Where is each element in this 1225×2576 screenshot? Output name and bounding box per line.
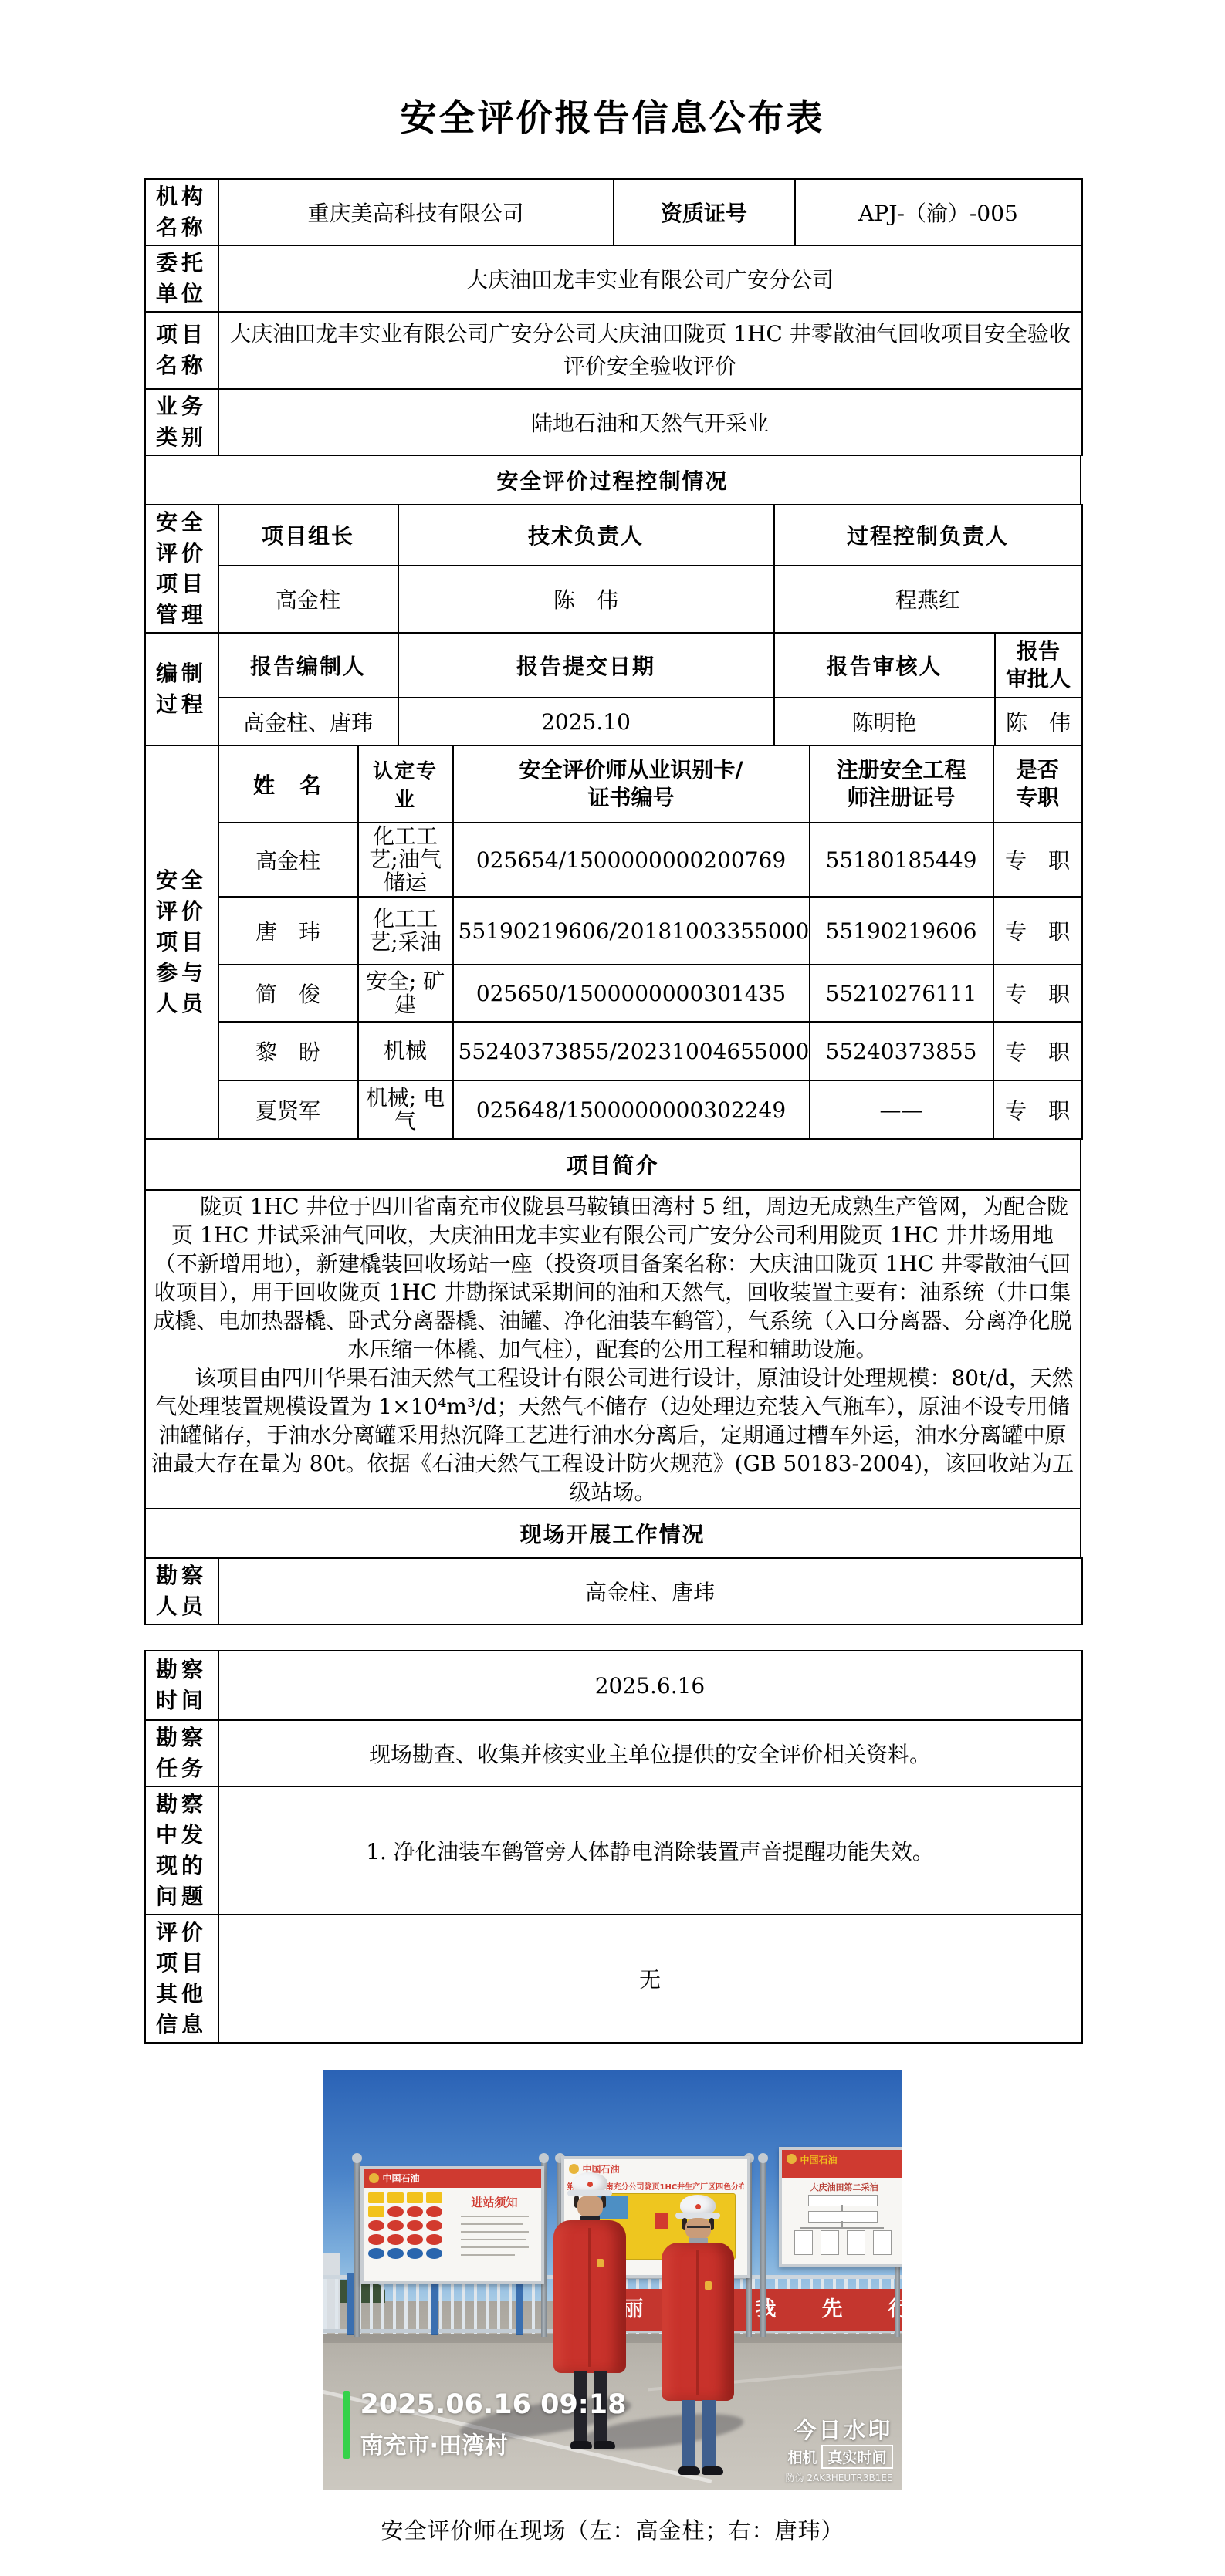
survey-task-value: 现场勘查、收集并核实业主单位提供的安全评价相关资料。 — [218, 1720, 1082, 1787]
participant-reg: 55180185449 — [810, 823, 993, 897]
site-photo: 丽 国 我 先 行 中国石油 进站须知 — [323, 2070, 902, 2490]
prohibition-sign-icon — [387, 2234, 404, 2245]
helmet-logo-icon — [695, 2204, 701, 2209]
table-row: 勘察任务 现场勘查、收集并核实业主单位提供的安全评价相关资料。 — [145, 1720, 1082, 1787]
flowchart-box — [821, 2230, 839, 2255]
process-control-header-table: 安全评价过程控制情况 — [144, 455, 1081, 505]
cert-no-value: APJ-（渝）-005 — [795, 179, 1082, 245]
warning-sign-icon — [368, 2206, 384, 2217]
post-cap — [758, 2153, 768, 2163]
reviewer-header: 报告审核人 — [774, 633, 995, 698]
control-value: 程燕红 — [774, 566, 1082, 633]
survey-issues-value: 1. 净化油装车鹤管旁人体静电消除装置声音提醒功能失效。 — [218, 1787, 1082, 1915]
participant-reg: 55240373855 — [810, 1022, 993, 1080]
participant-name: 唐 玮 — [218, 897, 358, 965]
table-row: 高金柱 陈 伟 程燕红 — [145, 566, 1082, 633]
participant-major: 机械 — [358, 1022, 453, 1080]
tech-header: 技术负责人 — [398, 505, 774, 566]
survey-issues-label: 勘察中发现的问题 — [145, 1787, 218, 1915]
table-row: 勘察人员 高金柱、唐玮 — [145, 1558, 1082, 1624]
text-line — [461, 2246, 529, 2248]
board-header: 中国石油 — [782, 2150, 902, 2178]
helmet-logo-icon — [587, 2182, 593, 2187]
submit-date-header: 报告提交日期 — [398, 633, 774, 698]
participant-reg: 55210276111 — [810, 965, 993, 1022]
participant-fulltime: 专 职 — [993, 897, 1082, 965]
watermark-bar — [343, 2391, 350, 2459]
photo-caption: 安全评价师在现场（左：高金柱；右：唐玮） — [0, 2513, 1225, 2545]
page-title: 安全评价报告信息公布表 — [0, 90, 1225, 141]
mandatory-sign-icon — [368, 2248, 384, 2259]
mandatory-sign-icon — [407, 2248, 423, 2259]
safety-signs-board: 中国石油 进站须知 — [360, 2166, 544, 2284]
board-brand: 中国石油 — [800, 2153, 838, 2166]
board-brand: 中国石油 — [383, 2172, 420, 2185]
participant-fulltime: 专 职 — [993, 965, 1082, 1022]
shoe — [570, 2441, 592, 2449]
board-title: 进站须知 — [458, 2194, 532, 2210]
text-line — [461, 2216, 529, 2217]
watermark-location: 南充市·田湾村 — [360, 2426, 508, 2460]
chest-badge — [597, 2259, 604, 2267]
project-name-label: 项目名称 — [145, 312, 218, 389]
participant-fulltime: 专 职 — [993, 1022, 1082, 1080]
text-line — [461, 2231, 529, 2233]
table-row: 现场开展工作情况 — [145, 1509, 1081, 1558]
participant-row: 黎 盼 机械 55240373855/20231004655000001032 … — [145, 1022, 1082, 1080]
participant-card: 025654/1500000000200769 — [453, 823, 810, 897]
prohibition-sign-icon — [426, 2206, 442, 2217]
post-cap — [352, 2153, 362, 2163]
participant-major: 安全; 矿建 — [358, 965, 453, 1022]
intro-table: 项目简介 陇页 1HC 井位于四川省南充市仪陇县马鞍镇田湾村 5 组，周边无成熟… — [144, 1138, 1081, 1559]
project-name-value: 大庆油田龙丰实业有限公司广安分公司大庆油田陇页 1HC 井零散油气回收项目安全验… — [218, 312, 1082, 389]
table-row: 业务类别 陆地石油和天然气开采业 — [145, 389, 1082, 455]
submit-date-value: 2025.10 — [398, 698, 774, 745]
fence-post — [347, 2273, 354, 2335]
client-label: 委托单位 — [145, 245, 218, 312]
warning-sign-icon — [387, 2192, 404, 2203]
flowchart-line — [841, 2221, 843, 2227]
watermark-brand: 今日水印 — [786, 2413, 893, 2445]
flowchart-box — [808, 2211, 878, 2223]
process-control-header: 安全评价过程控制情况 — [145, 455, 1081, 505]
table-row: 项目名称 大庆油田龙丰实业有限公司广安分公司大庆油田陇页 1HC 井零散油气回收… — [145, 312, 1082, 389]
participant-row: 夏贤军 机械; 电气 025648/1500000000302249 —— 专 … — [145, 1080, 1082, 1139]
approver-value: 陈 伟 — [995, 698, 1082, 745]
intro-header: 项目简介 — [145, 1139, 1081, 1190]
prohibition-sign-icon — [368, 2220, 384, 2231]
business-type-value: 陆地石油和天然气开采业 — [218, 389, 1082, 455]
survey-staff-label: 勘察人员 — [145, 1558, 218, 1624]
text-line — [461, 2223, 523, 2225]
participants-table: 安全评价项目参与人员 姓 名 认定专业 安全评价师从业识别卡/ 证书编号 注册安… — [144, 745, 1083, 1140]
flowchart-line — [841, 2205, 843, 2211]
shoe — [678, 2466, 700, 2475]
prohibition-sign-icon — [368, 2234, 384, 2245]
compiler-value: 高金柱、唐玮 — [218, 698, 398, 745]
cert-no-label: 资质证号 — [614, 179, 795, 245]
participant-card: 025650/1500000000301435 — [453, 965, 810, 1022]
participant-major: 化工工艺;油气储运 — [358, 823, 453, 897]
participant-reg: —— — [810, 1080, 993, 1139]
table-row: 编制过程 报告编制人 报告提交日期 报告审核人 报告 审批人 — [145, 633, 1082, 698]
management-table: 安全评价项目管理 项目组长 技术负责人 过程控制负责人 高金柱 陈 伟 程燕红 … — [144, 504, 1083, 746]
text-line — [461, 2254, 515, 2256]
participant-name: 夏贤军 — [218, 1080, 358, 1139]
participant-fulltime: 专 职 — [993, 1080, 1082, 1139]
prohibition-sign-icon — [407, 2234, 423, 2245]
org-name-value: 重庆美高科技有限公司 — [218, 179, 614, 245]
post-cap — [539, 2153, 549, 2163]
safety-sign-grid — [368, 2192, 455, 2270]
flowchart-box — [794, 2230, 813, 2255]
reviewer-value: 陈明艳 — [774, 698, 995, 745]
name-header: 姓 名 — [218, 745, 358, 823]
survey-detail-table: 勘察时间 2025.6.16 勘察任务 现场勘查、收集并核实业主单位提供的安全评… — [144, 1650, 1083, 2044]
survey-table: 勘察时间 2025.6.16 勘察任务 现场勘查、收集并核实业主单位提供的安全评… — [144, 1650, 1081, 2044]
participant-row: 简 俊 安全; 矿建 025650/1500000000301435 55210… — [145, 965, 1082, 1022]
board-post — [760, 2159, 766, 2337]
shoe — [594, 2441, 615, 2449]
face — [577, 2196, 603, 2217]
participant-card: 55190219606/201810033550000473 — [453, 897, 810, 965]
table-row: 机构名称 重庆美高科技有限公司 资质证号 APJ-（渝）-005 — [145, 179, 1082, 245]
watermark-datetime: 2025.06.16 09:18 — [360, 2389, 627, 2420]
petrochina-logo-icon — [369, 2173, 379, 2183]
text-line — [461, 2239, 526, 2240]
table-row: 高金柱、唐玮 2025.10 陈明艳 陈 伟 — [145, 698, 1082, 745]
main-table: 机构名称 重庆美高科技有限公司 资质证号 APJ-（渝）-005 委托单位 大庆… — [144, 178, 1081, 1625]
intro-paragraph: 陇页 1HC 井位于四川省南充市仪陇县马鞍镇田湾村 5 组，周边无成熟生产管网，… — [151, 1192, 1075, 1364]
participant-card: 025648/1500000000302249 — [453, 1080, 810, 1139]
approver-header: 报告 审批人 — [995, 633, 1082, 698]
document-page: 安全评价报告信息公布表 机构名称 重庆美高科技有限公司 资质证号 APJ-（渝）… — [0, 90, 1225, 2545]
participant-fulltime: 专 职 — [993, 823, 1082, 897]
warning-sign-icon — [407, 2192, 423, 2203]
mandatory-sign-icon — [426, 2248, 442, 2259]
participant-row: 唐 玮 化工工艺;采油 55190219606/2018100335500004… — [145, 897, 1082, 965]
prohibition-sign-icon — [426, 2234, 442, 2245]
warning-sign-icon — [426, 2192, 442, 2203]
flowchart-box — [873, 2230, 892, 2255]
survey-staff-value: 高金柱、唐玮 — [218, 1558, 1082, 1624]
org-name-label: 机构名称 — [145, 179, 218, 245]
prohibition-sign-icon — [407, 2220, 423, 2231]
prohibition-sign-icon — [426, 2220, 442, 2231]
business-type-label: 业务类别 — [145, 389, 218, 455]
table-gap — [0, 1625, 1225, 1650]
other-info-value: 无 — [218, 1915, 1082, 2043]
survey-task-label: 勘察任务 — [145, 1720, 218, 1787]
table-row: 安全评价项目参与人员 姓 名 认定专业 安全评价师从业识别卡/ 证书编号 注册安… — [145, 745, 1082, 823]
org-chart-board: 中国石油 大庆油田第二采油 — [779, 2147, 902, 2267]
survey-time-value: 2025.6.16 — [218, 1651, 1082, 1720]
prohibition-sign-icon — [387, 2206, 404, 2217]
management-label: 安全评价项目管理 — [145, 505, 218, 633]
board-title: 大庆油田第二采油 — [783, 2181, 902, 2193]
chest-badge — [705, 2281, 712, 2290]
participant-row: 高金柱 化工工艺;油气储运 025654/1500000000200769 55… — [145, 823, 1082, 897]
face — [685, 2218, 711, 2240]
participant-name: 简 俊 — [218, 965, 358, 1022]
survey-staff-table: 勘察人员 高金柱、唐玮 — [144, 1557, 1083, 1625]
watermark-brand-block: 今日水印 相机真实时间 防伪 2AK3HEUTR3B1EE — [786, 2413, 893, 2484]
participant-major: 化工工艺;采油 — [358, 897, 453, 965]
coat-placket — [696, 2250, 699, 2395]
mandatory-sign-icon — [387, 2248, 404, 2259]
petrochina-logo-icon — [787, 2154, 797, 2164]
compiler-header: 报告编制人 — [218, 633, 398, 698]
watermark-camera-label: 相机 — [787, 2446, 817, 2467]
site-work-header: 现场开展工作情况 — [145, 1509, 1081, 1558]
intro-paragraph: 该项目由四川华果石油天然气工程设计有限公司进行设计，原油设计处理规模：80t/d… — [151, 1364, 1075, 1506]
other-info-label: 评价项目其他信息 — [145, 1915, 218, 2043]
flowchart-box — [847, 2230, 865, 2255]
table-row: 勘察时间 2025.6.16 — [145, 1651, 1082, 1720]
prohibition-sign-icon — [387, 2220, 404, 2231]
table-row: 项目简介 — [145, 1139, 1081, 1190]
org-info-table: 机构名称 重庆美高科技有限公司 资质证号 APJ-（渝）-005 委托单位 大庆… — [144, 178, 1083, 456]
table-row: 安全评价过程控制情况 — [145, 455, 1081, 505]
leader-header: 项目组长 — [218, 505, 398, 566]
person-tang-wei — [657, 2195, 739, 2474]
glasses — [687, 2226, 710, 2228]
shoe — [702, 2466, 723, 2475]
control-header: 过程控制负责人 — [774, 505, 1082, 566]
flowchart-line — [800, 2227, 884, 2229]
table-row: 安全评价项目管理 项目组长 技术负责人 过程控制负责人 — [145, 505, 1082, 566]
major-header: 认定专业 — [358, 745, 453, 823]
participant-reg: 55190219606 — [810, 897, 993, 965]
survey-time-label: 勘察时间 — [145, 1651, 218, 1720]
table-row: 委托单位 大庆油田龙丰实业有限公司广安分公司 — [145, 245, 1082, 312]
fulltime-header: 是否 专职 — [993, 745, 1082, 823]
coat-placket — [588, 2228, 591, 2367]
table-row: 评价项目其他信息 无 — [145, 1915, 1082, 2043]
intro-text: 陇页 1HC 井位于四川省南充市仪陇县马鞍镇田湾村 5 组，周边无成熟生产管网，… — [145, 1190, 1081, 1509]
jeans — [657, 2400, 739, 2468]
flowchart-box — [808, 2195, 878, 2206]
participant-name: 黎 盼 — [218, 1022, 358, 1080]
participant-major: 机械; 电气 — [358, 1080, 453, 1139]
participant-name: 高金柱 — [218, 823, 358, 897]
warning-sign-icon — [368, 2192, 384, 2203]
card-number-header: 安全评价师从业识别卡/ 证书编号 — [453, 745, 810, 823]
table-row: 勘察中发现的问题 1. 净化油装车鹤管旁人体静电消除装置声音提醒功能失效。 — [145, 1787, 1082, 1915]
compilation-label: 编制过程 — [145, 633, 218, 745]
participants-label: 安全评价项目参与人员 — [145, 745, 218, 1139]
tech-value: 陈 伟 — [398, 566, 774, 633]
board-post — [354, 2159, 360, 2337]
table-row: 陇页 1HC 井位于四川省南充市仪陇县马鞍镇田湾村 5 组，周边无成熟生产管网，… — [145, 1190, 1081, 1509]
watermark-antifake: 防伪 2AK3HEUTR3B1EE — [786, 2471, 893, 2484]
watermark-badge: 真实时间 — [821, 2445, 892, 2469]
prohibition-sign-icon — [407, 2206, 423, 2217]
leader-value: 高金柱 — [218, 566, 398, 633]
participant-card: 55240373855/20231004655000001032 — [453, 1022, 810, 1080]
registration-header: 注册安全工程 师注册证号 — [810, 745, 993, 823]
board-header: 中国石油 — [364, 2169, 541, 2188]
client-value: 大庆油田龙丰实业有限公司广安分公司 — [218, 245, 1082, 312]
